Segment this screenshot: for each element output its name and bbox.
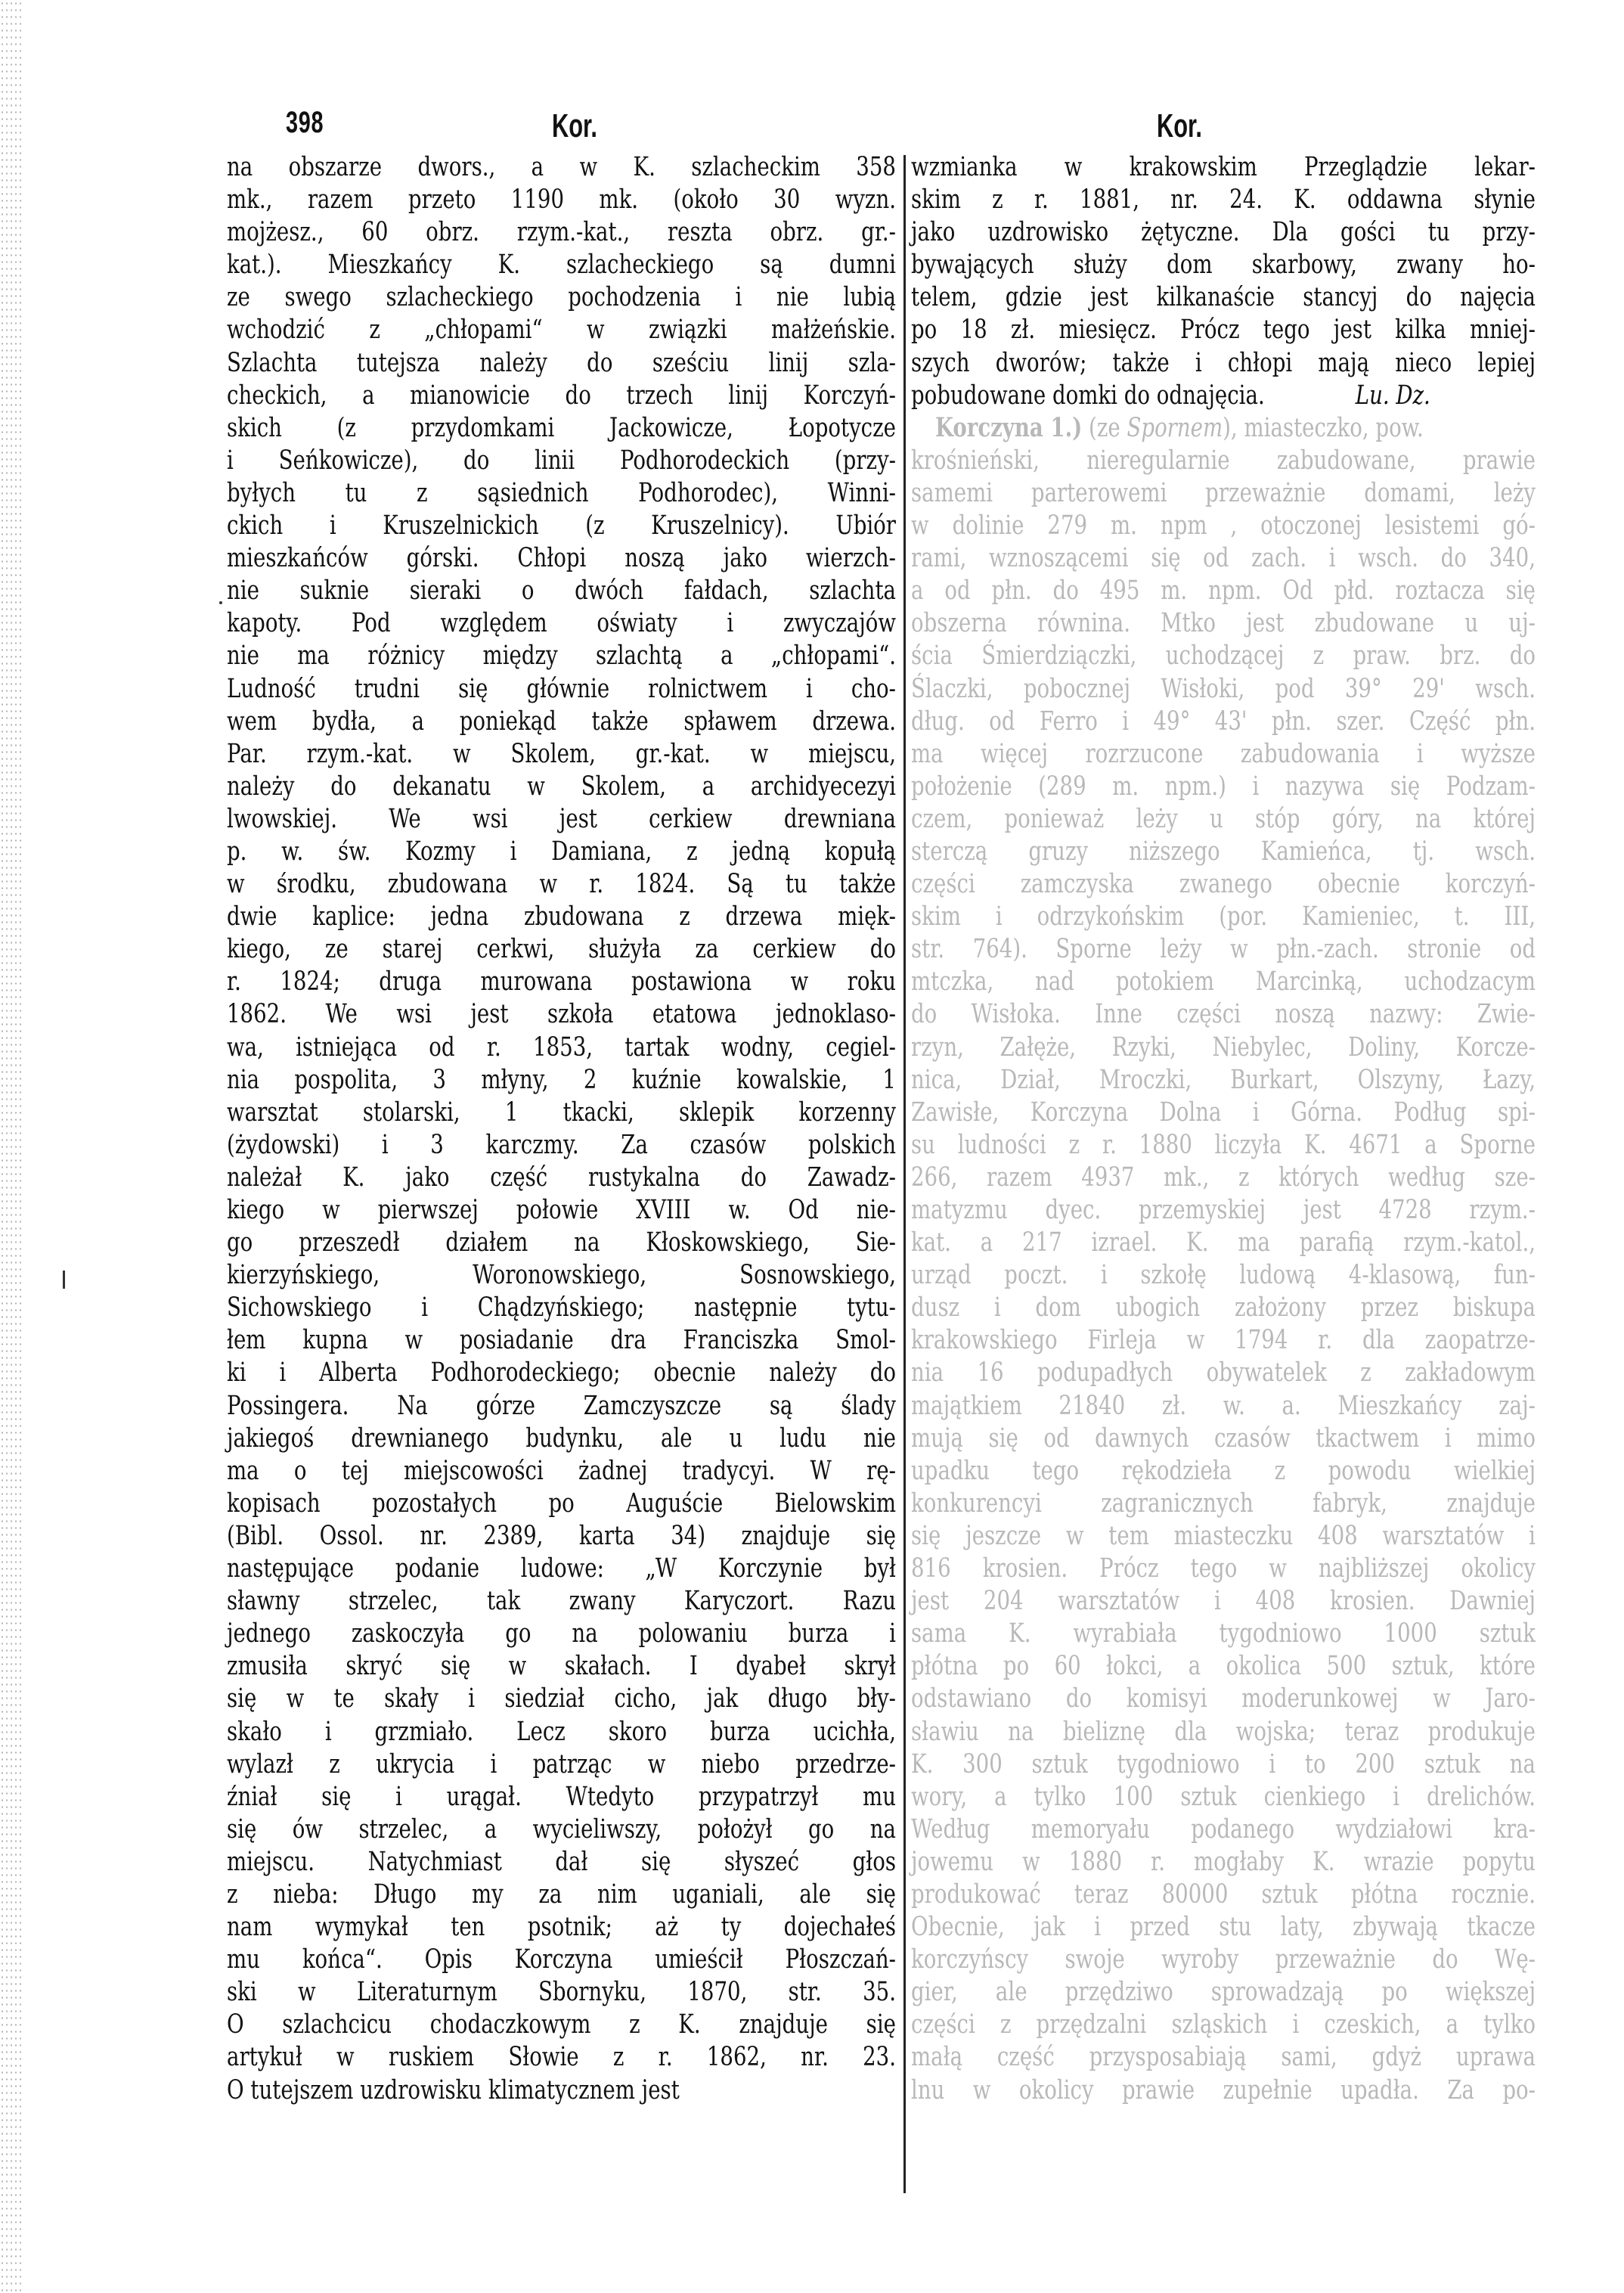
text-line: wylazł z ukrycia i patrząc w niebo przed… [227, 1748, 896, 1781]
text-line: ma o tej miejscowości żadnej tradycyi. W… [227, 1455, 896, 1488]
text-line: łem kupna w posiadanie dra Franciszka Sm… [227, 1324, 896, 1357]
text-line: kat.). Mieszkańcy K. szlacheckiego są du… [227, 249, 896, 281]
page-number: 398 [286, 106, 324, 140]
text-line: nia pospolita, 3 młyny, 2 kuźnie kowalsk… [227, 1064, 896, 1097]
text-line: Ludność trudni się głównie rolnictwem i … [227, 673, 896, 706]
text-line: Zawisłe, Korczyna Dolna i Górna. Podług … [911, 1097, 1536, 1129]
text-line: kierzyńskiego, Woronowskiego, Sosnowskie… [227, 1259, 896, 1292]
text-line: 266, razem 4937 mk., z których według sz… [911, 1162, 1536, 1194]
text-line: małą część przysposabiają sami, gdyż upr… [911, 2041, 1536, 2074]
text-line: mieszkańców górski. Chłopi noszą jako wi… [227, 542, 896, 575]
text-line: dług. od Ferro i 49° 43' płn. szer. Częś… [911, 706, 1536, 738]
text-line: lwowskiej. We wsi jest cerkiew drewniana [227, 803, 896, 836]
text-line: sławiu na bieliznę dla wojska; teraz pro… [911, 1716, 1536, 1748]
text-line: konkurencyi zagranicznych fabryk, znajdu… [911, 1488, 1536, 1520]
entry-headline: Korczyna 1.) (ze Spornem), miasteczko, p… [911, 412, 1536, 445]
text-line: rzyn, Załęże, Rzyki, Niebylec, Doliny, K… [911, 1032, 1536, 1064]
text-line: odstawiano do komisyi moderunkowej w Jar… [911, 1683, 1536, 1715]
text-line: nie suknie sieraki o dwóch fałdach, szla… [227, 575, 896, 607]
text-line: dusz i dom ubogich założony przez biskup… [911, 1292, 1536, 1324]
running-head-left: Kor. [552, 107, 597, 145]
text-line: mu końca“. Opis Korczyna umieścił Płoszc… [227, 1944, 896, 1976]
text-line: gier, ale przędziwo sprowadzają po więks… [911, 1976, 1536, 2009]
text-line: jednego zaskoczyła go na polowaniu burza… [227, 1618, 896, 1650]
text-line: urząd poczt. i szkołę ludową 4-klasową, … [911, 1259, 1536, 1292]
text-line: Szlachta tutejsza należy do sześciu lini… [227, 347, 896, 380]
text-line: 816 krosien. Prócz tego w najbliższej ok… [911, 1553, 1536, 1585]
text-line: obszerna równina. Mtko jest zbudowane u … [911, 607, 1536, 640]
text-line: kopisach pozostałych po Auguście Bielows… [227, 1488, 896, 1520]
text-line: Według memoryału podanego wydziałowi kra… [911, 1814, 1536, 1846]
text-line: sama K. wyrabiała tygodniowo 1000 sztuk [911, 1618, 1536, 1650]
text-line: krakowskiego Firleja w 1794 r. dla zaopa… [911, 1324, 1536, 1357]
text-line: mk., razem przeto 1190 mk. (około 30 wyz… [227, 184, 896, 216]
text-line: należał K. jako część rustykalna do Zawa… [227, 1162, 896, 1194]
text-line: w środku, zbudowana w r. 1824. Są tu tak… [227, 868, 896, 901]
text-line: skim i odrzykońskim (por. Kamieniec, t. … [911, 901, 1536, 933]
text-line: 1862. We wsi jest szkoła etatowa jednokl… [227, 998, 896, 1031]
text-line: należy do dekanatu w Skolem, a archidyec… [227, 771, 896, 803]
text-line: na obszarze dwors., a w K. szlacheckim 3… [227, 151, 896, 184]
text-line: się jeszcze w tem miasteczku 408 warszta… [911, 1520, 1536, 1553]
text-line: jest 204 warsztatów i 408 krosien. Dawni… [911, 1585, 1536, 1618]
text-line: lnu w okolicy prawie zupełnie upadła. Za… [911, 2074, 1536, 2107]
text-line: zmusiła skryć się w skałach. I dyabeł sk… [227, 1650, 896, 1683]
text-line: po 18 zł. miesięcz. Prócz tego jest kilk… [911, 314, 1536, 346]
previous-entry-continuation: wzmianka w krakowskim Przeglądzie lekar-… [911, 151, 1536, 380]
text-fragment-italic: Spornem [1127, 413, 1223, 443]
text-line: się w te skały i siedział cicho, jak dłu… [227, 1683, 896, 1715]
text-line: byłych tu z sąsiednich Podhorodec), Winn… [227, 477, 896, 510]
author-signature: Lu. Dz. [1356, 380, 1430, 411]
text-line: samemi parterowemi przeważnie domami, le… [911, 477, 1536, 510]
text-line: mojżesz., 60 obrz. rzym.-kat., reszta ob… [227, 216, 896, 249]
dictionary-page: 398 Kor. Kor. na obszarze dwors., a w K.… [0, 0, 1624, 2293]
text-line: telem, gdzie jest kilkanaście stancyj do… [911, 281, 1536, 314]
text-line: skim z r. 1881, nr. 24. K. oddawna słyni… [911, 184, 1536, 216]
column-rule [903, 155, 906, 2193]
text-line: r. 1824; druga murowana postawiona w rok… [227, 966, 896, 998]
text-line: wa, istniejąca od r. 1853, tartak wodny,… [227, 1032, 896, 1064]
text-line: kapoty. Pod względem oświaty i zwyczajów [227, 607, 896, 640]
text-fragment: ), miasteczko, pow. [1223, 413, 1424, 443]
page-header: 398 Kor. Kor. [0, 98, 1624, 151]
text-line: jakiegoś drewnianego budynku, ale u ludu… [227, 1423, 896, 1455]
text-line: z nieba: Długo my za nim uganiali, ale s… [227, 1879, 896, 1911]
text-line: Sichowskiego i Chądzyńskiego; następnie … [227, 1292, 896, 1324]
text-fragment: (ze [1082, 413, 1127, 443]
text-line: ma więcej rozrzucone zabudowania i wyższ… [911, 738, 1536, 771]
text-line: ścia Śmierdziączki, uchodzącej z praw. b… [911, 640, 1536, 672]
text-line: skało i grzmiało. Lecz skoro burza ucich… [227, 1716, 896, 1748]
text-line: ski w Literaturnym Sbornyku, 1870, str. … [227, 1976, 896, 2009]
running-head-right: Kor. [1157, 107, 1202, 145]
text-line: jowemu w 1880 r. mogłaby K. wrazie popyt… [911, 1846, 1536, 1879]
text-line: ckich i Kruszelnickich (z Kruszelnicy). … [227, 510, 896, 542]
text-line: warsztat stolarski, 1 tkacki, sklepik ko… [227, 1097, 896, 1129]
text-line: ze swego szlacheckiego pochodzenia i nie… [227, 281, 896, 314]
text-line: Par. rzym.-kat. w Skolem, gr.-kat. w mie… [227, 738, 896, 771]
text-line: matyzmu dyec. przemyskiej jest 4728 rzym… [911, 1194, 1536, 1227]
text-line: dwie kaplice: jedna zbudowana z drzewa m… [227, 901, 896, 933]
text-line: nia 16 podupadłych obywatelek z zakładow… [911, 1357, 1536, 1389]
previous-entry-last-line: pobudowane domki do odnajęcia.Lu. Dz. [911, 380, 1536, 412]
entry-headword: Korczyna 1.) [935, 413, 1082, 443]
text-line: miejscu. Natychmiast dał się słyszeć gło… [227, 1846, 896, 1879]
text-line: (Bibl. Ossol. nr. 2389, karta 34) znajdu… [227, 1520, 896, 1553]
text-line: płótna po 60 łokci, a okolica 500 sztuk,… [911, 1650, 1536, 1683]
text-line: się ów strzelec, a wycieliwszy, położył … [227, 1814, 896, 1846]
text-line: go przeszedł działem na Kłoskowskiego, S… [227, 1227, 896, 1259]
text-line: artykuł w ruskiem Słowie z r. 1862, nr. … [227, 2041, 896, 2074]
text-line: mują się od dawnych czasów tkactwem i mi… [911, 1423, 1536, 1455]
new-entry-body: krośnieński, nieregularnie zabudowane, p… [911, 445, 1536, 2107]
text-line: Possingera. Na górze Zamczyszcze są ślad… [227, 1390, 896, 1423]
text-line: krośnieński, nieregularnie zabudowane, p… [911, 445, 1536, 477]
text-line: wzmianka w krakowskim Przeglądzie lekar- [911, 151, 1536, 184]
text-line: O szlachcicu chodaczkowym z K. znajduje … [227, 2009, 896, 2041]
text-line: nam wymykał ten psotnik; aż ty dojechałe… [227, 1911, 896, 1944]
text-line: str. 764). Sporne leży w płn.-zach. stro… [911, 933, 1536, 966]
text-line: wem bydła, a poniekąd także spławem drze… [227, 706, 896, 738]
text-line: K. 300 sztuk tygodniowo i to 200 sztuk n… [911, 1748, 1536, 1781]
text-line: skich (z przydomkami Jackowicze, Łopotyc… [227, 412, 896, 445]
text-line: kat. a 217 izrael. K. ma parafią rzym.-k… [911, 1227, 1536, 1259]
text-line: kiego, ze starej cerkwi, służyła za cerk… [227, 933, 896, 966]
left-column: na obszarze dwors., a w K. szlacheckim 3… [227, 151, 896, 2107]
text-line: bywających służy dom skarbowy, zwany ho- [911, 249, 1536, 281]
scan-speck [63, 1271, 65, 1289]
text-line: ki i Alberta Podhorodeckiego; obecnie na… [227, 1357, 896, 1389]
right-column: wzmianka w krakowskim Przeglądzie lekar-… [911, 151, 1536, 2107]
text-line: nie ma różnicy między szlachtą a „chłopa… [227, 640, 896, 672]
text-line: szych dworów; także i chłopi mają nieco … [911, 347, 1536, 380]
text-line: następujące podanie ludowe: „W Korczynie… [227, 1553, 896, 1585]
text-line: a od płn. do 495 m. npm. Od płd. roztacz… [911, 575, 1536, 607]
text-line: sławny strzelec, tak zwany Karyczort. Ra… [227, 1585, 896, 1618]
text-line: nica, Dział, Mroczki, Burkart, Olszyny, … [911, 1064, 1536, 1097]
text-line: p. w. św. Kozmy i Damiana, z jedną kopuł… [227, 836, 896, 868]
text-line: jako uzdrowisko żętyczne. Dla gości tu p… [911, 216, 1536, 249]
text-line: pobudowane domki do odnajęcia. [911, 380, 1265, 411]
scan-edge-artifact [0, 0, 23, 2293]
text-line: O tutejszem uzdrowisku klimatycznem jest [227, 2074, 896, 2107]
text-line: su ludności z r. 1880 liczyła K. 4671 a … [911, 1129, 1536, 1162]
text-line: w dolinie 279 m. npm , otoczonej lesiste… [911, 510, 1536, 542]
text-line: Obecnie, jak i przed stu laty, zbywają t… [911, 1911, 1536, 1944]
text-line: sterczą gruzy niższego Kamieńca, tj. wsc… [911, 836, 1536, 868]
text-line: wchodzić z „chłopami“ w związki małżeńsk… [227, 314, 896, 346]
text-line: czem, ponieważ leży u stóp góry, na któr… [911, 803, 1536, 836]
text-line: części z przędzalni szląskich i czeskich… [911, 2009, 1536, 2041]
text-line: checkich, a mianowicie do trzech linij K… [227, 380, 896, 412]
text-line: (żydowski) i 3 karczmy. Za czasów polski… [227, 1129, 896, 1162]
text-line: części zamczyska zwanego obecnie korczyń… [911, 868, 1536, 901]
text-line: rami, wznoszącemi się od zach. i wsch. d… [911, 542, 1536, 575]
text-line: źniał się i urągał. Wtedyto przypatrzył … [227, 1781, 896, 1814]
text-line: majątkiem 21840 zł. w. a. Mieszkańcy zaj… [911, 1390, 1536, 1423]
text-line: do Wisłoka. Inne części noszą nazwy: Zwi… [911, 998, 1536, 1031]
scan-speck [219, 601, 222, 604]
text-line: położenie (289 m. npm.) i nazywa się Pod… [911, 771, 1536, 803]
text-line: upadku tego rękodzieła z powodu wielkiej [911, 1455, 1536, 1488]
text-line: korczyńscy swoje wyroby przeważnie do Wę… [911, 1944, 1536, 1976]
text-line: i Seńkowicze), do linii Podhorodeckich (… [227, 445, 896, 477]
text-line: Ślaczki, pobocznej Wisłoki, pod 39° 29' … [911, 673, 1536, 706]
text-line: mtczka, nad potokiem Marcinką, uchodzacy… [911, 966, 1536, 998]
text-line: kiego w pierwszej połowie XVIII w. Od ni… [227, 1194, 896, 1227]
text-line: wory, a tylko 100 sztuk cienkiego i drel… [911, 1781, 1536, 1814]
text-line: produkować teraz 80000 sztuk płótna rocz… [911, 1879, 1536, 1911]
